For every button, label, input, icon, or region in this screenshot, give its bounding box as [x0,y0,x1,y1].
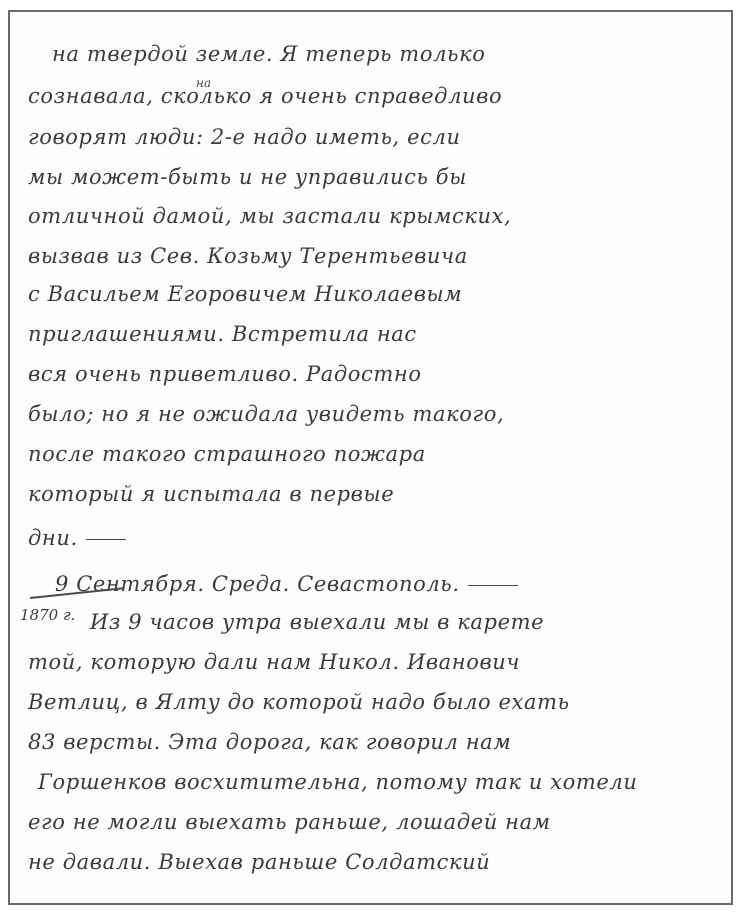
manuscript-line-17: Ветлиц, в Ялту до которой надо было ехат… [28,690,570,714]
manuscript-line-12: который я испытала в первые [28,482,394,506]
manuscript-line-16: той, которую дали нам Никол. Иванович [28,650,520,674]
manuscript-line-9: вся очень приветливо. Радостно [28,362,422,386]
dash-stroke [468,585,518,587]
manuscript-line-18: 83 версты. Эта дорога, как говорил нам [28,730,511,754]
manuscript-line-13: дни. [28,526,126,550]
manuscript-line-19: Горшенков восхитительна, потому так и хо… [38,770,637,794]
manuscript-line-15: Из 9 часов утра выехали мы в карете [90,610,544,634]
manuscript-line-6: вызвав из Сев. Козьму Терентьевича [28,244,468,268]
manuscript-line-20: его не могли выехать раньше, лошадей нам [28,810,551,834]
manuscript-line-4: мы может-быть и не управились бы [28,165,467,189]
manuscript-page: на твердой земле. Я теперь только на соз… [8,10,733,905]
manuscript-line-1: на твердой земле. Я теперь только [52,42,485,66]
date-heading-text: 9 Сентября. Среда. Севастополь. [55,572,460,596]
manuscript-line-21: не давали. Выехав раньше Солдатский [28,850,490,874]
manuscript-line-11: после такого страшного пожара [28,442,426,466]
manuscript-line-3: говорят люди: 2-е надо иметь, если [28,125,461,149]
dash-stroke [86,539,126,541]
manuscript-line-13-text: дни. [28,526,78,550]
date-heading: 9 Сентября. Среда. Севастополь. [55,572,518,596]
margin-year-note: 1870 г. [20,606,75,624]
manuscript-line-8: приглашениями. Встретила нас [28,322,417,346]
manuscript-line-7: с Васильем Егоровичем Николаевым [28,282,462,306]
manuscript-line-10: было; но я не ожидала увидеть такого, [28,402,504,426]
manuscript-line-5: отличной дамой, мы застали крымских, [28,204,511,228]
manuscript-line-2: сознавала, сколько я очень справедливо [28,84,502,108]
